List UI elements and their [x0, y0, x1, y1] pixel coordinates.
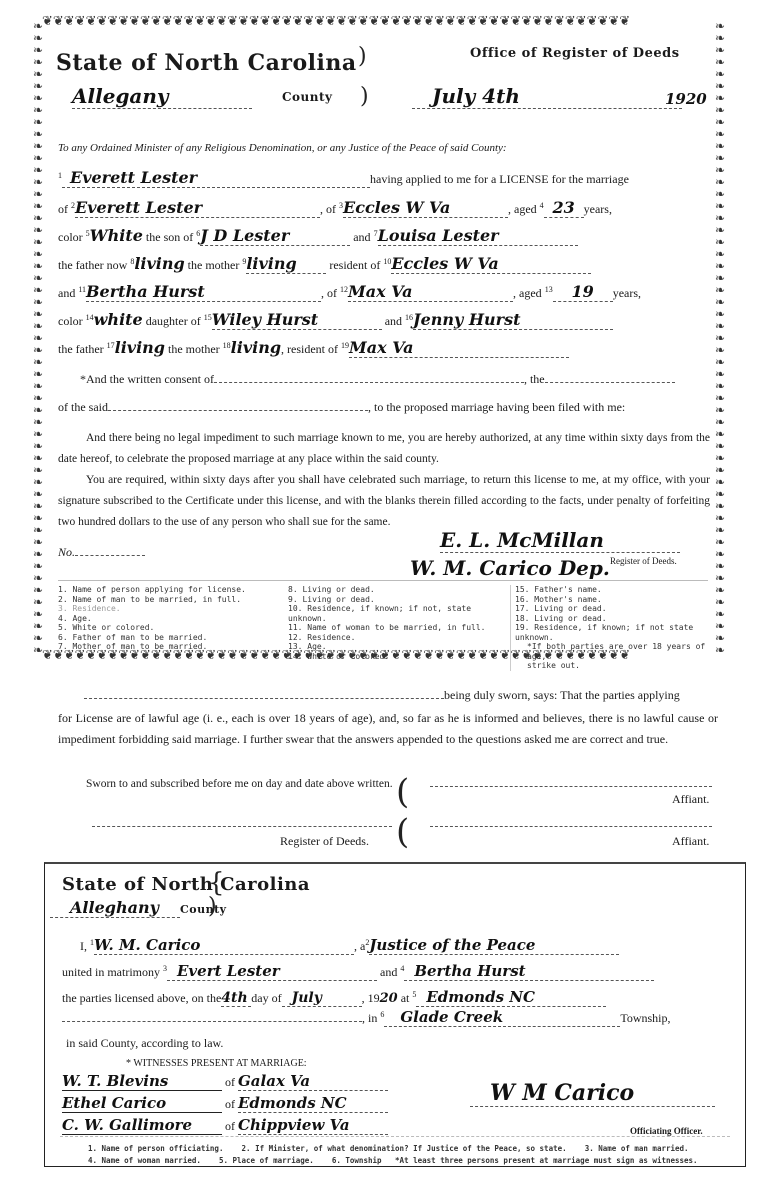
note-item: strike out.	[515, 661, 720, 671]
row-consent: *And the written consent of, the	[80, 372, 710, 387]
sworn-text: Sworn to and subscribed before me on day…	[58, 778, 398, 791]
note-item: 7. Mother of man to be married.	[58, 642, 273, 652]
man-father: J D Lester	[200, 226, 350, 246]
of-the-said-label: of the said	[58, 400, 108, 414]
woman-mother: Jenny Hurst	[413, 310, 613, 330]
note-item: 11. Name of woman to be married, in full…	[288, 623, 513, 633]
woman-parents-residence: Max Va	[349, 338, 569, 358]
of-label: of	[327, 286, 337, 300]
daughter-of-label: daughter of	[146, 314, 201, 328]
marriage-month: July	[282, 990, 362, 1007]
aged-label: aged	[514, 202, 537, 216]
township-label: Township,	[620, 1011, 670, 1025]
brace-icon: )	[360, 84, 369, 109]
resident-of-label: resident of	[287, 342, 338, 356]
consent-suffix: , to the proposed marriage having been f…	[368, 400, 625, 414]
witness-of-label: of	[225, 1075, 235, 1089]
witness-of-label: of	[225, 1097, 235, 1111]
man-mother: Louisa Lester	[378, 226, 578, 246]
affidavit-body: for License are of lawful age (i. e., ea…	[58, 708, 718, 750]
witness-name: C. W. Gallimore	[62, 1116, 222, 1135]
affidavit-line1-suffix: being duly sworn, says: That the parties…	[444, 688, 680, 702]
and-label: and	[58, 286, 75, 300]
date-value: July 4th	[412, 84, 682, 109]
county-label: County	[282, 90, 333, 104]
man-father-status: living	[134, 254, 184, 273]
witness-name: W. T. Blevins	[62, 1072, 222, 1091]
consent-the-label: , the	[524, 372, 545, 386]
applicant-suffix: having applied to me for a LICENSE for t…	[370, 172, 629, 186]
note-item: 17. Living or dead.	[515, 604, 720, 614]
consent-label: *And the written consent of	[80, 372, 214, 386]
address-line: To any Ordained Minister of any Religiou…	[58, 142, 507, 154]
man-name: Everett Lester	[75, 198, 320, 218]
of-label: of	[58, 202, 68, 216]
son-of-label: the son of	[146, 230, 193, 244]
note-item: 19. Residence, if known; if not state un…	[515, 623, 720, 642]
man-mother-status: living	[246, 254, 326, 274]
township-blank	[62, 1021, 362, 1022]
row-date-place: the parties licensed above, on the4thday…	[62, 988, 722, 1007]
notes-column-1: 1. Name of person applying for license. …	[58, 585, 273, 652]
row-united: united in matrimony 3Evert Lester and 4B…	[62, 962, 722, 981]
witness-name: Ethel Carico	[62, 1094, 222, 1113]
man-residence: Eccles W Va	[343, 198, 508, 218]
row-of-the-said: of the said, to the proposed marriage ha…	[58, 400, 708, 415]
man-age: 23	[544, 198, 584, 218]
years-label: years,	[613, 286, 641, 300]
marriage-year: 20	[380, 991, 398, 1006]
and-label: and	[380, 965, 397, 979]
note-item: 6. Father of man to be married.	[58, 633, 273, 643]
officiant-title: Justice of the Peace	[369, 936, 619, 955]
witness-place: Edmonds NC	[238, 1094, 388, 1113]
row-township: , in 6Glade CreekTownship,	[62, 1008, 722, 1027]
woman-father-status: living	[115, 338, 165, 357]
of-the-said-field	[108, 410, 368, 411]
officer-signature: W M Carico	[470, 1080, 715, 1107]
mother-label: the mother	[168, 342, 220, 356]
year-value: 1920	[665, 90, 707, 108]
of-label: of	[326, 202, 336, 216]
register-signature-field	[92, 826, 392, 827]
ornamental-border-top: ❦❦❦❦❦❦❦❦❦❦❦❦❦❦❦❦❦❦❦❦❦❦❦❦❦❦❦❦❦❦❦❦❦❦❦❦❦❦❦❦…	[42, 14, 722, 28]
note-item: 10. Residence, if known; if not, state u…	[288, 604, 513, 623]
married-woman: Bertha Hurst	[404, 962, 654, 981]
notes-column-3: 15. Father's name. 16. Mother's name. 17…	[510, 585, 720, 671]
year-prefix: , 19	[362, 991, 380, 1005]
certificate-county-value: Alleghany	[50, 898, 180, 918]
certificate-state-title: State of North Carolina	[62, 874, 310, 895]
the-father-label: the father	[58, 342, 104, 356]
note-item: 14. White or colored.	[288, 652, 513, 662]
officer-label: Officiating Officer.	[630, 1126, 703, 1136]
color-label: color	[58, 230, 83, 244]
authorization-paragraph: And there being no legal impediment to s…	[58, 428, 710, 470]
row-woman-parents-status: the father 17living the mother 18living,…	[58, 338, 718, 358]
row-woman-parents: color 14white daughter of 15Wiley Hurst …	[58, 310, 718, 330]
consent-relation-field	[545, 382, 675, 383]
row-man: of 2Everett Lester, of 3Eccles W Va, age…	[58, 198, 718, 218]
certificate-notes-line2: 4. Name of woman married. 5. Place of ma…	[88, 1156, 698, 1166]
witness-of-label: of	[225, 1119, 235, 1133]
father-now-label: the father now	[58, 258, 127, 272]
affiant-signature-field-2	[430, 826, 712, 827]
return-paragraph: You are required, within sixty days afte…	[58, 470, 710, 533]
note-item: 13. Age.	[288, 642, 513, 652]
in-label: , in	[362, 1011, 377, 1025]
license-number: No.	[58, 545, 145, 560]
note-item: *If both parties are over 18 years of ag…	[515, 642, 720, 661]
note-item: 1. Name of person applying for license.	[58, 585, 273, 595]
i-label: I,	[80, 939, 87, 953]
license-state-title: State of North Carolina	[56, 50, 357, 76]
and-label: and	[353, 230, 370, 244]
day-of-label: day of	[251, 991, 281, 1005]
row-applicant: 1Everett Lesterhaving applied to me for …	[58, 168, 708, 188]
certificate-county-label: County	[180, 903, 227, 916]
brace-icon: )	[208, 894, 217, 919]
woman-age: 19	[553, 282, 613, 302]
witness-row: W. T. Blevins of Galax Va	[62, 1072, 388, 1091]
ornamental-border-left: ❧❧❧❧❧❧❧❧❧❧❧❧❧❧❧❧❧❧❧❧❧❧❧❧❧❧❧❧❧❧❧❧❧❧❧❧❧❧❧❧…	[30, 20, 46, 660]
mother-label: the mother	[188, 258, 240, 272]
at-label: at	[401, 991, 410, 1005]
woman-color: white	[94, 310, 143, 329]
divider	[58, 580, 708, 581]
parties-label: the parties licensed above, on the	[62, 991, 221, 1005]
note-item: 8. Living or dead.	[288, 585, 513, 595]
row-man-parents-status: the father now 8living the mother 9livin…	[58, 254, 718, 274]
note-item: 9. Living or dead.	[288, 595, 513, 605]
applicant-name: Everett Lester	[62, 168, 370, 188]
marriage-day: 4th	[221, 990, 251, 1007]
notes-column-2: 8. Living or dead. 9. Living or dead. 10…	[288, 585, 513, 661]
years-label: years,	[584, 202, 612, 216]
aged-label: aged	[519, 286, 542, 300]
certificate-county-field: AlleghanyCounty	[50, 898, 227, 918]
note-item: 3. Residence.	[58, 604, 273, 614]
note-item: 2. Name of man to be married, in full.	[58, 595, 273, 605]
woman-residence: Max Va	[348, 282, 513, 302]
affidavit-register-label: Register of Deeds.	[280, 834, 369, 849]
county-field: Allegany	[72, 84, 272, 109]
witness-row: Ethel Carico of Edmonds NC	[62, 1094, 388, 1113]
note-item: 5. White or colored.	[58, 623, 273, 633]
row-officiant: I, 1W. M. Carico, a2Justice of the Peace	[80, 936, 720, 955]
and-label: and	[385, 314, 402, 328]
consent-field	[214, 382, 524, 383]
a-label: , a	[354, 939, 365, 953]
law-line: in said County, according to law.	[66, 1036, 223, 1051]
color-label: color	[58, 314, 83, 328]
divider	[60, 1136, 730, 1137]
resident-of-label: resident of	[329, 258, 380, 272]
note-item: 15. Father's name.	[515, 585, 720, 595]
note-item: 12. Residence.	[288, 633, 513, 643]
no-label: No.	[58, 545, 75, 559]
marriage-place: Edmonds NC	[416, 988, 606, 1007]
married-man: Evert Lester	[167, 962, 377, 981]
affidavit-line1: being duly sworn, says: That the parties…	[84, 688, 680, 703]
brace-icon: (	[396, 812, 409, 852]
date-field: July 4th	[412, 84, 682, 109]
affiant-name-field	[84, 698, 444, 699]
affiant-label-1: Affiant.	[672, 792, 709, 807]
woman-mother-status: living	[231, 338, 281, 357]
register-label: Register of Deeds.	[610, 556, 677, 566]
note-item: 4. Age.	[58, 614, 273, 624]
note-item: 16. Mother's name.	[515, 595, 720, 605]
united-label: united in matrimony	[62, 965, 160, 979]
certificate-notes-line1: 1. Name of person officiating. 2. If Min…	[88, 1144, 689, 1154]
witness-place: Galax Va	[238, 1072, 388, 1091]
note-item: 18. Living or dead.	[515, 614, 720, 624]
man-color: White	[90, 226, 143, 245]
deputy-signature: W. M. Carico Dep.	[410, 556, 610, 580]
marriage-township: Glade Creek	[384, 1008, 620, 1027]
county-value: Allegany	[72, 84, 252, 109]
affiant-label-2: Affiant.	[672, 834, 709, 849]
row-man-parents: color 5White the son of 6J D Lester and …	[58, 226, 718, 246]
woman-father: Wiley Hurst	[212, 310, 382, 330]
affiant-signature-field-1	[430, 786, 712, 787]
witnesses-header: * WITNESSES PRESENT AT MARRIAGE:	[126, 1058, 307, 1069]
woman-name: Bertha Hurst	[86, 282, 321, 302]
officiant-name: W. M. Carico	[94, 936, 354, 955]
brace-icon: )	[358, 44, 367, 69]
row-woman: and 11Bertha Hurst, of 12Max Va, aged 13…	[58, 282, 718, 302]
register-signature: E. L. McMillan	[440, 528, 680, 553]
man-parents-residence: Eccles W Va	[391, 254, 591, 274]
license-number-field	[75, 555, 145, 556]
office-title: Office of Register of Deeds	[470, 46, 680, 61]
witness-place: Chippview Va	[238, 1116, 388, 1135]
witness-row: C. W. Gallimore of Chippview Va	[62, 1116, 388, 1135]
brace-icon: (	[396, 772, 409, 812]
